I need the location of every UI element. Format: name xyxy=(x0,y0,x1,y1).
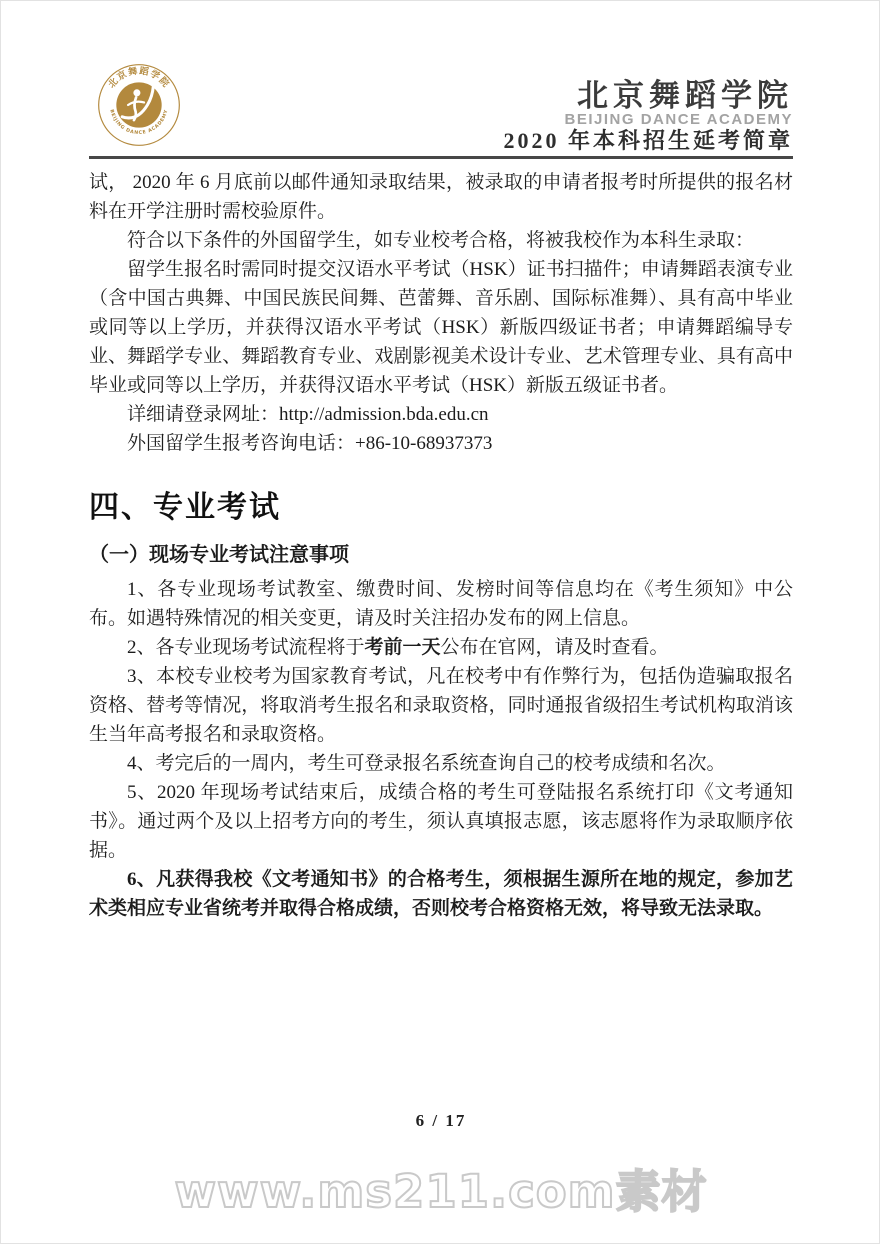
intro-paragraph: 试， 2020 年 6 月底前以邮件通知录取结果，被录取的申请者报考时所提供的报… xyxy=(89,168,793,226)
brochure-subtitle: 2020 年本科招生延考简章 xyxy=(503,130,793,152)
text-segment: 2、各专业现场考试流程将于 xyxy=(127,637,365,658)
exam-note-item-1: 1、各专业现场考试教室、缴费时间、发榜时间等信息均在《考生须知》中公布。如遇特殊… xyxy=(89,575,793,633)
consult-phone-line: 外国留学生报考咨询电话：+86-10-68937373 xyxy=(89,429,793,458)
admission-url-line: 详细请登录网址：http://admission.bda.edu.cn xyxy=(89,400,793,429)
exam-note-item-2: 2、各专业现场考试流程将于考前一天公布在官网，请及时查看。 xyxy=(89,633,793,662)
academy-title-cn: 北京舞蹈学院 xyxy=(503,80,793,111)
intro-paragraph: 符合以下条件的外国留学生，如专业校考合格，将被我校作为本科生录取： xyxy=(89,226,793,255)
header-titles: 北京舞蹈学院 BEIJING DANCE ACADEMY 2020 年本科招生延… xyxy=(503,80,793,152)
exam-notes-list: 1、各专业现场考试教室、缴费时间、发榜时间等信息均在《考生须知》中公布。如遇特殊… xyxy=(89,575,793,923)
text-segment: 公布在官网，请及时查看。 xyxy=(441,637,669,658)
section-title: 四、专业考试 xyxy=(89,490,793,526)
exam-note-item-3: 3、本校专业校考为国家教育考试，凡在校考中有作弊行为，包括伪造骗取报名资格、替考… xyxy=(89,662,793,749)
watermark: www.ms211.com素材 xyxy=(1,1155,880,1220)
page-content: 北京舞蹈学院 BEIJING DANCE ACADEMY 北京舞蹈学院 BEIJ… xyxy=(89,1,793,923)
exam-note-item-5: 5、2020 年现场考试结束后，成绩合格的考生可登陆报名系统打印《文考通知书》。… xyxy=(89,778,793,865)
text-segment-bold: 考前一天 xyxy=(365,637,441,658)
beijing-dance-academy-seal-icon: 北京舞蹈学院 BEIJING DANCE ACADEMY xyxy=(97,63,181,147)
page-number: 6 / 17 xyxy=(1,1111,880,1131)
page-header: 北京舞蹈学院 BEIJING DANCE ACADEMY 北京舞蹈学院 BEIJ… xyxy=(89,1,793,159)
academy-title-en: BEIJING DANCE ACADEMY xyxy=(503,112,793,127)
section-subtitle: （一）现场专业考试注意事项 xyxy=(89,542,793,568)
intro-section: 试， 2020 年 6 月底前以邮件通知录取结果，被录取的申请者报考时所提供的报… xyxy=(89,168,793,458)
seal-inner-disc xyxy=(116,82,161,127)
exam-note-item-4: 4、考完后的一周内，考生可登录报名系统查询自己的校考成绩和名次。 xyxy=(89,749,793,778)
document-page: 北京舞蹈学院 BEIJING DANCE ACADEMY 北京舞蹈学院 BEIJ… xyxy=(0,0,880,1244)
exam-note-item-6: 6、凡获得我校《文考通知书》的合格考生，须根据生源所在地的规定，参加艺术类相应专… xyxy=(89,865,793,923)
intro-paragraph: 留学生报名时需同时提交汉语水平考试（HSK）证书扫描件；申请舞蹈表演专业（含中国… xyxy=(89,255,793,400)
